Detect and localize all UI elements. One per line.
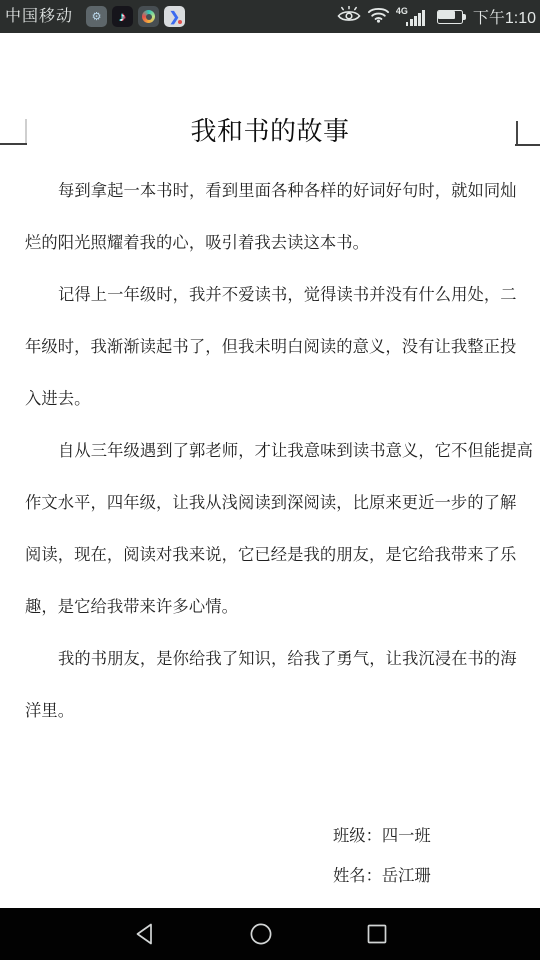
- gallery-app-icon: ⚙: [86, 6, 107, 27]
- douyin-app-icon: ♪: [112, 6, 133, 27]
- wifi-icon: [367, 5, 390, 28]
- essay-paragraph: 我的书朋友，是你给我了知识，给我了勇气，让我沉浸在书的海 洋里。: [25, 633, 517, 737]
- class-line: 班级：四一班: [333, 816, 431, 856]
- carrier-label: 中国移动: [5, 0, 73, 33]
- video-app-icon: ❯: [164, 6, 185, 27]
- clock-label: 下午1:10: [473, 5, 536, 28]
- status-bar-right: 4G 下午1:10: [337, 0, 536, 33]
- essay-line: 记得上一年级时，我并不爱读书，觉得读书并没有什么用处，二: [25, 269, 517, 321]
- essay-line: 年级时，我渐渐读起书了，但我未明白阅读的意义，没有让我整正投: [25, 321, 517, 373]
- phone-screen: 中国移动 ⚙ ♪ ❯: [0, 0, 540, 960]
- status-bar[interactable]: 中国移动 ⚙ ♪ ❯: [0, 0, 540, 33]
- essay-paragraph: 自从三年级遇到了郭老师，才让我意味到读书意义，它不但能提高 作文水平，四年级，让…: [25, 425, 517, 633]
- eye-comfort-icon: [337, 6, 361, 28]
- essay-paragraph: 每到拿起一本书时，看到里面各种各样的好词好句时，就如同灿 烂的阳光照耀着我的心，…: [25, 165, 517, 269]
- essay-line: 自从三年级遇到了郭老师，才让我意味到读书意义，它不但能提高: [25, 425, 517, 477]
- essay-line: 每到拿起一本书时，看到里面各种各样的好词好句时，就如同灿: [25, 165, 517, 217]
- recents-button[interactable]: [364, 921, 390, 947]
- essay-line: 入进去。: [25, 373, 517, 425]
- back-button[interactable]: [132, 921, 158, 947]
- essay-line: 作文水平，四年级，让我从浅阅读到深阅读，比原来更近一步的了解: [25, 477, 517, 529]
- essay-line: 阅读，现在，阅读对我来说，它已经是我的朋友，是它给我带来了乐: [25, 529, 517, 581]
- signature-block: 班级：四一班 姓名：岳江珊: [333, 816, 431, 896]
- battery-icon: [437, 10, 467, 24]
- name-line: 姓名：岳江珊: [333, 856, 431, 896]
- essay-body: 每到拿起一本书时，看到里面各种各样的好词好句时，就如同灿 烂的阳光照耀着我的心，…: [25, 165, 517, 737]
- essay-line: 烂的阳光照耀着我的心，吸引着我去读这本书。: [25, 217, 517, 269]
- android-nav-bar: [0, 908, 540, 960]
- signal-strength-icon: 4G: [396, 5, 431, 29]
- essay-paragraph: 记得上一年级时，我并不爱读书，觉得读书并没有什么用处，二 年级时，我渐渐读起书了…: [25, 269, 517, 425]
- notification-app-icons: ⚙ ♪ ❯: [86, 6, 185, 27]
- essay-title: 我和书的故事: [0, 116, 540, 146]
- essay-line: 洋里。: [25, 685, 517, 737]
- home-button[interactable]: [248, 921, 274, 947]
- essay-line: 趣，是它给我带来许多心情。: [25, 581, 517, 633]
- camera-app-icon: [138, 6, 159, 27]
- essay-line: 我的书朋友，是你给我了知识，给我了勇气，让我沉浸在书的海: [25, 633, 517, 685]
